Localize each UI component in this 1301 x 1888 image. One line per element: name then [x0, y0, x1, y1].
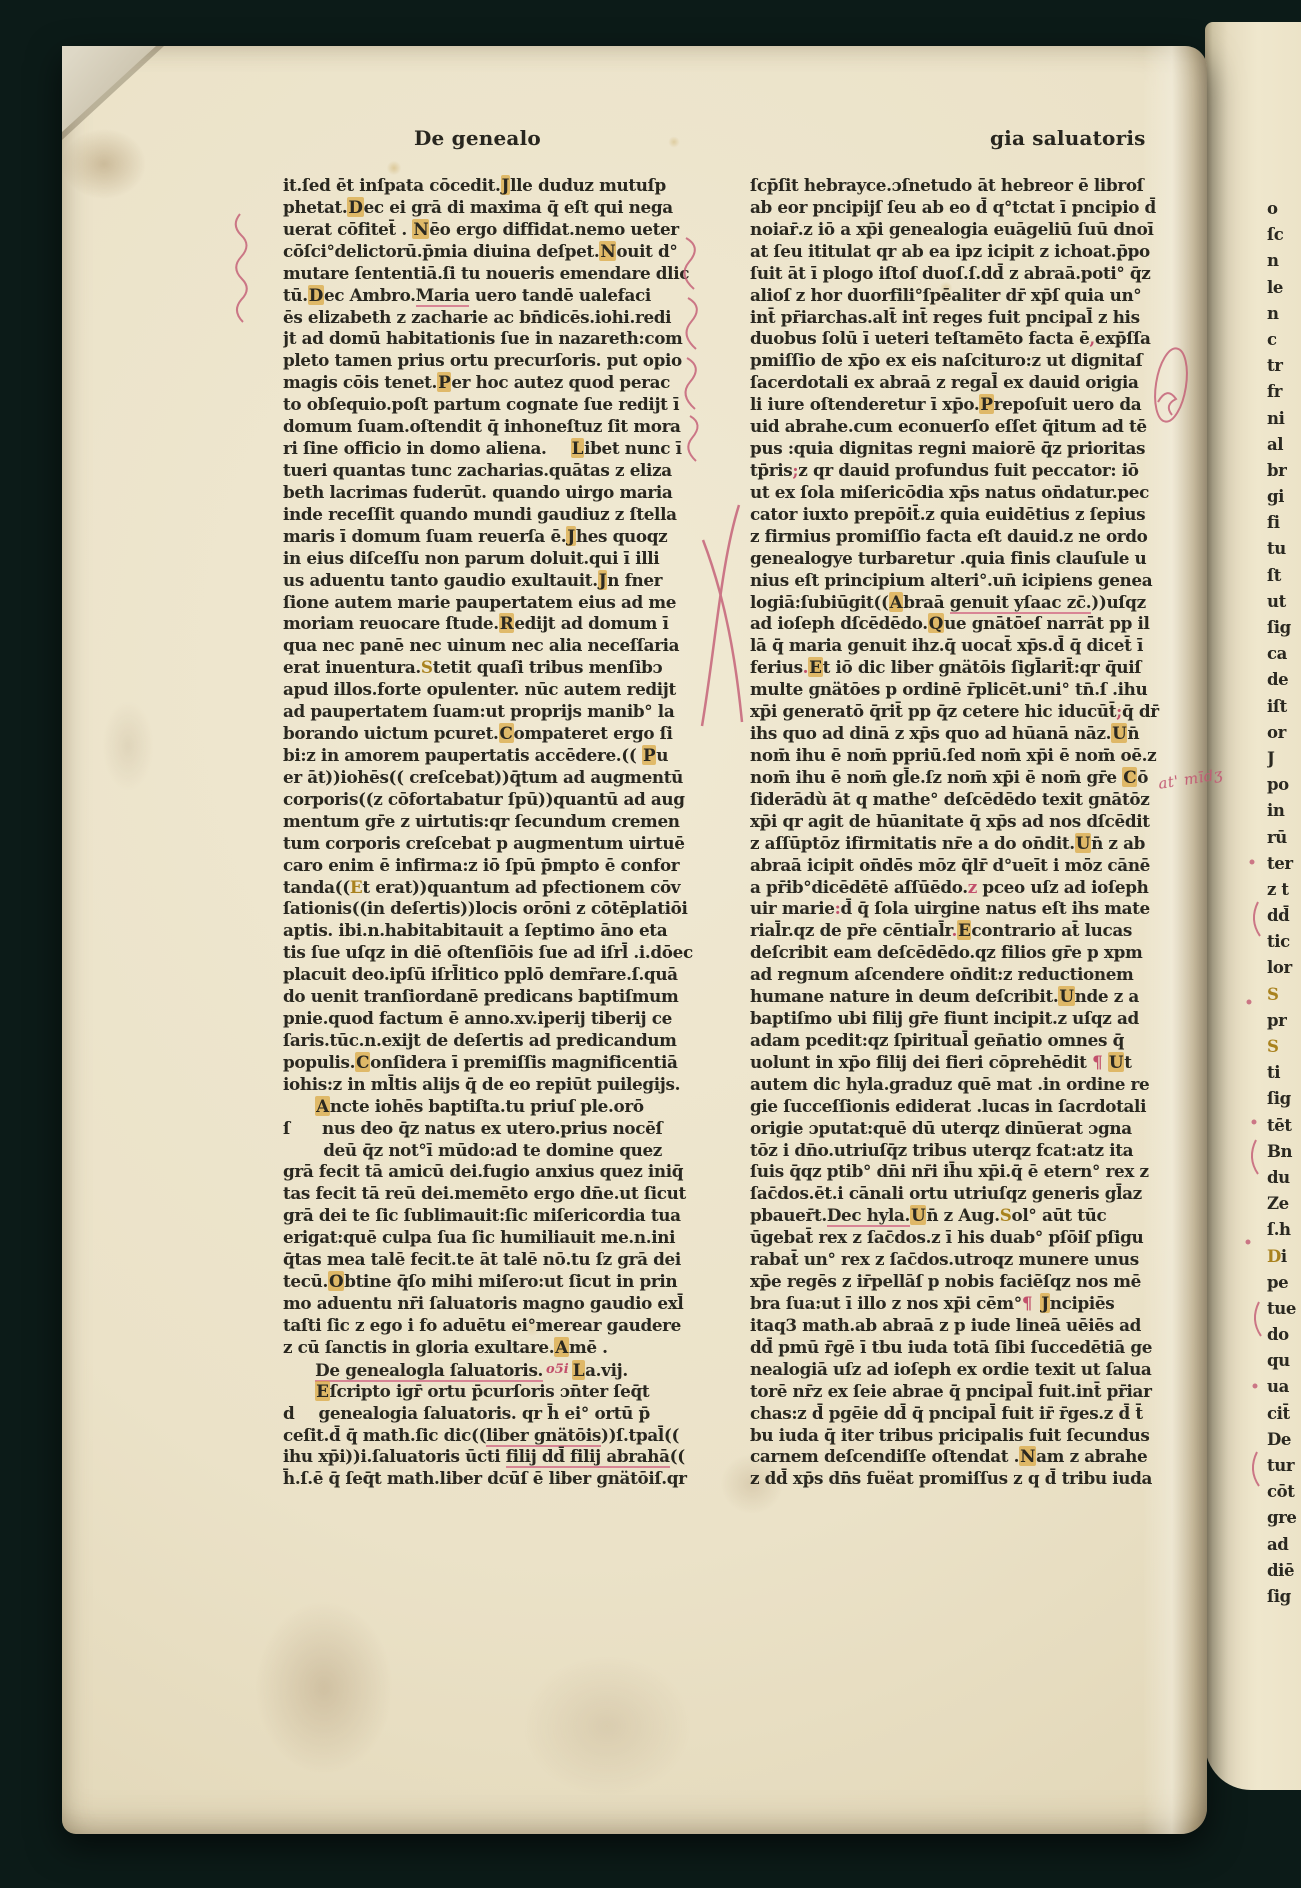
text-line: magis cōis tenet.Per hoc autez quod pera…: [283, 372, 703, 394]
text-line: nom̄ ihu ē nom̄ ppriū.ſed nom̄ xp̄i ē no…: [750, 745, 1162, 767]
edge-line-fragment: c: [1267, 327, 1301, 353]
text-column-left: it.ſed ēt inſpata cōcedit.Jlle duduz mut…: [283, 175, 703, 1490]
text-line: q̄tas mea talē fecit.te āt talē nō.tu ſz…: [283, 1249, 703, 1271]
edge-line-fragment: de: [1267, 667, 1301, 693]
edge-line-fragment: tue: [1267, 1296, 1301, 1322]
text-line: li iure oſtenderetur ī xp̄o.Prepoſuit ue…: [750, 394, 1162, 416]
edge-line-fragment: ſ.h: [1267, 1217, 1301, 1243]
text-line: populis.Conſidera ī premiſſis magnificen…: [283, 1052, 703, 1074]
text-line: logiā:ſubiūgit((Abraā genuit yſaac zc̄.)…: [750, 592, 1162, 614]
text-line: pbauer̄t.Dec hyla.Un̄ z Aug.Sol° aūt tūc: [750, 1205, 1162, 1227]
edge-line-fragment: Ze: [1267, 1191, 1301, 1217]
text-line: ſac̄dos.ēt.i cānali ortu utriuſqz generi…: [750, 1183, 1162, 1205]
text-line: ſione autem marie paupertatem eius ad me: [283, 592, 703, 614]
edge-line-fragment: tu: [1267, 536, 1301, 562]
text-line: inde receſſit quando mundi gaudiuz z ſte…: [283, 504, 703, 526]
text-line: ri ſine officio in domo aliena. Libet nu…: [283, 438, 703, 460]
edge-line-fragment: ſig: [1267, 1086, 1301, 1112]
text-line: bu iuda q̄ iter tribus pricipalis fuit ſ…: [750, 1425, 1162, 1447]
text-line: moriam reuocare ſtude.Redijt ad domum ī: [283, 613, 703, 635]
edge-line-fragment: cōt: [1267, 1479, 1301, 1505]
text-line: taſti ſic z ego i fo aduētu ei°merear ga…: [283, 1315, 703, 1337]
text-line: jt ad domū habitationis ſue in nazareth:…: [283, 328, 703, 350]
text-line: nom̄ ihu ē nom̄ gl̄e.ſz nom̄ xp̄i ē nom̄…: [750, 767, 1162, 789]
text-line: placuit deo.ipſū iſrl̄itico pplō demr̄ar…: [283, 964, 703, 986]
edge-line-fragment: lor: [1267, 955, 1301, 981]
text-line: bi:z in amorem paupertatis accēdere.(( P…: [283, 745, 703, 767]
text-line: Ancte iohēs baptiſta.tu priuſ ple.orō: [283, 1096, 703, 1118]
next-page-text-fragments: oſcnlenctrfrnialbrgifituſtutſigcadeiſtor…: [1267, 196, 1301, 1616]
edge-line-fragment: ni: [1267, 406, 1301, 432]
text-line: ūgebat̄ rex z ſac̄dos.z ī his duab° pſōi…: [750, 1227, 1162, 1249]
text-line: caro enim ē infirma:z iō ſpū p̄mpto ē co…: [283, 855, 703, 877]
text-line: to obſequio.poſt partum cognate ſue redi…: [283, 394, 703, 416]
text-line: bra ſua:ut ī illo z nos xp̄i cēm°¶ Jncip…: [750, 1293, 1162, 1315]
text-line: tp̄ris;z qr dauid profundus fuit peccato…: [750, 460, 1162, 482]
edge-line-fragment: tic: [1267, 929, 1301, 955]
text-line: z firmius promiſſio facta eſt dauid.z ne…: [750, 526, 1162, 548]
edge-line-fragment: ua: [1267, 1374, 1301, 1400]
text-line: tū.Dec Ambro.Maria uero tandē ualefaci: [283, 285, 703, 307]
edge-line-fragment: cit̄: [1267, 1401, 1301, 1427]
edge-line-fragment: ut: [1267, 589, 1301, 615]
text-line: aptis. ibi.n.habitabitauit a ſeptimo āno…: [283, 920, 703, 942]
text-line: ſuis q̄qz ptib° dn̄i nr̄i ih̄u xp̄i.q̄ ē…: [750, 1161, 1162, 1183]
text-line: noiar̄.z iō a xp̄i genealogia euāgeliū ſ…: [750, 219, 1162, 241]
text-line: in eius diſceſſu non parum doluit.qui ī …: [283, 548, 703, 570]
text-line: h̄.ſ.ē q̄ ſeq̄t math.liber dcūſ ē liber …: [283, 1468, 703, 1490]
text-line: erat inuentura.Stetit quaſi tribus menſi…: [283, 657, 703, 679]
text-line: pmiſſio de xp̄o ex eis naſcituro:z ut di…: [750, 350, 1162, 372]
text-line: rabat̄ un° rex z ſac̄dos.utroqz munere u…: [750, 1249, 1162, 1271]
text-line: ſationis((in deſertis))locis orōni z cōt…: [283, 898, 703, 920]
edge-line-fragment: ca: [1267, 641, 1301, 667]
text-line: tōz i dn̄o.utriuſq̄z tribus uterqz fcat:…: [750, 1140, 1162, 1162]
edge-line-fragment: qu: [1267, 1348, 1301, 1374]
text-line: nealogiā uſz ad ioſeph ex ordie texit ut…: [750, 1359, 1162, 1381]
edge-line-fragment: ſc: [1267, 222, 1301, 248]
text-line: ēs elizabeth z zacharie ac bn̄dicēs.iohi…: [283, 307, 703, 329]
text-line: De genealogla ſaluatoris.o5iLa.vij.: [283, 1359, 703, 1381]
text-line: baptiſmo ubi filij gr̄e fiunt incipit.z …: [750, 1008, 1162, 1030]
text-line: tum corporis creſcebat p augmentum uirtu…: [283, 833, 703, 855]
text-line: pnie.quod factum ē anno.xv.iperij tiberi…: [283, 1008, 703, 1030]
edge-line-fragment: n: [1267, 248, 1301, 274]
edge-line-fragment: gi: [1267, 484, 1301, 510]
text-line: er āt))iohēs(( creſcebat))q̄tum ad augme…: [283, 767, 703, 789]
edge-line-fragment: z t: [1267, 877, 1301, 903]
text-line: grā dei te ſic ſublimauit:ſic miſericord…: [283, 1205, 703, 1227]
running-header-left: De genealo: [414, 126, 541, 150]
edge-line-fragment: ad: [1267, 1532, 1301, 1558]
text-line: tis ſue uſqz in diē oſtenſiōis ſue ad iſ…: [283, 942, 703, 964]
text-line: chas:z d̄ pgēie dd̄ q̄ pncipal̄ fuit ir̄…: [750, 1403, 1162, 1425]
edge-line-fragment: S: [1267, 982, 1301, 1008]
text-line: z aſſūptōz ifirmitatis nr̄e a do on̄dit.…: [750, 833, 1162, 855]
text-line: uid abrahe.cum econuerſo eſſet q̄itum ad…: [750, 416, 1162, 438]
text-line: erigat:quē culpa ſua ſic humiliauit me.n…: [283, 1227, 703, 1249]
text-line: cator iuxto prepōit̄.z quia euidētius z …: [750, 504, 1162, 526]
edge-line-fragment: gre: [1267, 1505, 1301, 1531]
edge-line-fragment: iſt: [1267, 694, 1301, 720]
edge-line-fragment: du: [1267, 1165, 1301, 1191]
text-line: genealogye turbaretur .quia finis clauſu…: [750, 548, 1162, 570]
text-line: domum ſuam.oſtendit q̄ inhoneſtuz ſit mo…: [283, 416, 703, 438]
edge-line-fragment: dd̄: [1267, 903, 1301, 929]
text-line: ſ nus deo q̄z natus ex utero.prius nocēſ: [283, 1118, 703, 1140]
text-line: z cū ſanctis in gloria exultare.Amē .: [283, 1337, 703, 1359]
edge-line-fragment: do: [1267, 1322, 1301, 1348]
text-line: deſcribit eam deſcēdēdo.qz filios gr̄e p…: [750, 942, 1162, 964]
edge-line-fragment: ter: [1267, 851, 1301, 877]
text-line: tanda((Et erat))quantum ad pfectionem cō…: [283, 877, 703, 899]
text-line: xp̄i qr agit de hūanitate q̄ xp̄s ad nos…: [750, 811, 1162, 833]
edge-line-fragment: ſt: [1267, 563, 1301, 589]
text-line: ſaris.tūc.n.exijt de deſertis ad predica…: [283, 1030, 703, 1052]
text-line: ut ex ſola miſericōdia xp̄s natus on̄dat…: [750, 482, 1162, 504]
text-line: at ſeu ititulat qr ab ea ipz icipit z ic…: [750, 241, 1162, 263]
text-line: grā fecit tā amicū dei.fugio anxius quez…: [283, 1161, 703, 1183]
edge-line-fragment: fr: [1267, 379, 1301, 405]
text-line: ſacerdotali ex abraā z regal̄ ex dauid o…: [750, 372, 1162, 394]
book-photo: oſcnlenctrfrnialbrgifituſtutſigcadeiſtor…: [0, 0, 1301, 1888]
edge-line-fragment: ſig: [1267, 615, 1301, 641]
text-line: tas fecit tā reū dei.memēto ergo dn̄e.ut…: [283, 1183, 703, 1205]
text-line: uolunt in xp̄o filij dei fieri cōprehēdi…: [750, 1052, 1162, 1074]
edge-line-fragment: ſig: [1267, 1584, 1301, 1610]
edge-line-fragment: tēt: [1267, 1113, 1301, 1139]
text-column-right: ſcp̄ſit hebrayce.ɔſnetudo āt hebreor ē l…: [750, 175, 1162, 1490]
running-header-right: gia saluatoris: [990, 126, 1146, 150]
text-line: tecū.Obtine q̄ſo mihi miſero:ut ſicut in…: [283, 1271, 703, 1293]
edge-line-fragment: Di: [1267, 1244, 1301, 1270]
edge-line-fragment: n: [1267, 301, 1301, 327]
text-line: d genealogia ſaluatoris. qr h̄ ei° ortū …: [283, 1403, 703, 1425]
dog-ear-fold: [62, 46, 156, 132]
text-line: pleto tamen prius ortu precurſoris. put …: [283, 350, 703, 372]
edge-line-fragment: pe: [1267, 1270, 1301, 1296]
edge-line-fragment: S: [1267, 1034, 1301, 1060]
edge-line-fragment: ti: [1267, 1060, 1301, 1086]
text-line: ihu xp̄i))i.ſaluatoris ūcti filij dd̄ fi…: [283, 1446, 703, 1468]
text-line: ſcp̄ſit hebrayce.ɔſnetudo āt hebreor ē l…: [750, 175, 1162, 197]
text-line: carnem deſcendiſſe oſtendat .Nam z abrah…: [750, 1446, 1162, 1468]
text-line: borando uictum pcuret.Compateret ergo ſi: [283, 723, 703, 745]
text-line: itaq3 math.ab abraā z p iude lineā uēiēs…: [750, 1315, 1162, 1337]
edge-line-fragment: br: [1267, 458, 1301, 484]
text-line: do uenit tranſiordanē predicans baptiſmu…: [283, 986, 703, 1008]
text-line: ſiderādù āt q mathe° deſcēdēdo texit gnā…: [750, 789, 1162, 811]
text-line: beth lacrimas fuderūt. quando uirgo mari…: [283, 482, 703, 504]
text-line: corporis((z cōfortabatur ſpū))quantū ad …: [283, 789, 703, 811]
text-line: ſuit āt ī plogo iſtoſ duoſ.ſ.dd̄ z abraā…: [750, 263, 1162, 285]
text-line: xp̄i generatō q̄rit̄ pp q̄z cetere hic i…: [750, 701, 1162, 723]
edge-line-fragment: Bn: [1267, 1139, 1301, 1165]
text-line: duobus ſolū ī ueteri teſtamēto facta ē,e…: [750, 328, 1162, 350]
text-line: mentum gr̄e z uirtutis:qr ſecundum creme…: [283, 811, 703, 833]
text-line: mo aduentu nr̄i ſaluatoris magno gaudio …: [283, 1293, 703, 1315]
text-line: multe gnätōes p ordinē r̄plicēt.uni° tn̄…: [750, 679, 1162, 701]
edge-line-fragment: fi: [1267, 510, 1301, 536]
edge-line-fragment: pr: [1267, 1008, 1301, 1034]
text-line: ihs quo ad dinā z xp̄s quo ad hūanā nāz.…: [750, 723, 1162, 745]
text-line: uir marie:d̄ q̄ ſola uirgine natus eſt i…: [750, 898, 1162, 920]
text-line: iohis:z in ml̄tis alijs q̄ de eo repiūt …: [283, 1074, 703, 1096]
edge-line-fragment: tur: [1267, 1453, 1301, 1479]
text-line: ad ioſeph dſcēdēdo.Que gnātōeſ narrāt pp…: [750, 613, 1162, 635]
text-line: apud illos.forte opulenter. nūc autem re…: [283, 679, 703, 701]
text-line: Eſcripto igr̄ ortu p̄curſoris ɔn̄ter ſeq…: [283, 1381, 703, 1403]
text-line: ad paupertatem ſuam:ut proprijs manib° l…: [283, 701, 703, 723]
text-line: qua nec panē nec uinum nec alia neceſſar…: [283, 635, 703, 657]
text-line: phetat.Dec ei grā di maxima q̄ eſt qui n…: [283, 197, 703, 219]
edge-line-fragment: or: [1267, 720, 1301, 746]
text-line: xp̄e regēs z ir̄pellāſ p nobis faciēſqz …: [750, 1271, 1162, 1293]
edge-line-fragment: diē: [1267, 1558, 1301, 1584]
text-line: ad regnum aſcendere on̄dit:z reductionem: [750, 964, 1162, 986]
text-line: abraā icipit on̄dēs mōz q̄lr̄ d°ueīt i m…: [750, 855, 1162, 877]
text-line: maris ī domum ſuam reuerſa ē.Jhes quoqz: [283, 526, 703, 548]
text-line: mutare ſententiā.ſi tu noueris emendare …: [283, 263, 703, 285]
text-line: nius eſt principium alteri°.un̄ icipiens…: [750, 570, 1162, 592]
edge-line-fragment: o: [1267, 196, 1301, 222]
text-line: deū q̄z not°ī mūdo:ad te domine quez: [283, 1140, 703, 1162]
text-line: it.ſed ēt inſpata cōcedit.Jlle duduz mut…: [283, 175, 703, 197]
edge-line-fragment: rū: [1267, 825, 1301, 851]
text-line: ceſit.d̄ q̄ math.ſic dic((liber gnätōis)…: [283, 1425, 703, 1447]
edge-line-fragment: tr: [1267, 353, 1301, 379]
text-line: us aduentu tanto gaudio exultauit.Jn fne…: [283, 570, 703, 592]
text-line: torē nr̄z ex ſeie abrae q̄ pncipal̄ fuit…: [750, 1381, 1162, 1403]
text-line: rial̄r.qz de pr̄e cēntial̄r.Econtrario a…: [750, 920, 1162, 942]
text-line: ab eor pncipijſ ſeu ab eo d̄ q°tctat ī p…: [750, 197, 1162, 219]
text-line: humane nature in deum deſcribit.Unde z a: [750, 986, 1162, 1008]
edge-line-fragment: al: [1267, 432, 1301, 458]
text-line: cōſci°delictorū.p̄mia diuina deſpet.Noui…: [283, 241, 703, 263]
edge-line-fragment: J: [1267, 746, 1301, 772]
text-line: ferius.Et iō dic liber gnätōis ſigl̄arit…: [750, 657, 1162, 679]
edge-line-fragment: le: [1267, 275, 1301, 301]
text-line: gie ſucceſſionis ediderat .lucas in ſacr…: [750, 1096, 1162, 1118]
edge-line-fragment: po: [1267, 772, 1301, 798]
text-line: uerat cōfitet̄ . Nēo ergo diffidat.nemo …: [283, 219, 703, 241]
edge-line-fragment: in: [1267, 798, 1301, 824]
edge-line-fragment: De: [1267, 1427, 1301, 1453]
text-line: origie ɔputat:quē dū uterqz dinūerat ɔgn…: [750, 1118, 1162, 1140]
text-line: z dd̄ xp̄s dn̄s fuëat promiſſus z q d̄ t…: [750, 1468, 1162, 1490]
text-line: tueri quantas tunc zacharias.quātas z el…: [283, 460, 703, 482]
text-line: adam pcedit:qz ſpiritual̄ gen̄atio omnes…: [750, 1030, 1162, 1052]
text-line: alioſ z hor duorfili°ſpēaliter dr̄ xp̄ſ …: [750, 285, 1162, 307]
text-line: autem dic hyla.graduz quē mat .in ordine…: [750, 1074, 1162, 1096]
text-line: dd̄ pmū r̄gē ī tbu iuda totā ſibi ſucced…: [750, 1337, 1162, 1359]
text-line: int̄ pr̄iarchas.alt̄ int̄ reges fuit pnc…: [750, 307, 1162, 329]
text-line: lā q̄ maria genuit ihz.q̄ uocat̄ xp̄s.d̄…: [750, 635, 1162, 657]
page: De genealo gia saluatoris it.ſed ēt inſp…: [62, 46, 1207, 1834]
text-line: pus :quia dignitas regni maiorē q̄z prio…: [750, 438, 1162, 460]
text-line: a pr̄ib°dicēdētē aſſūēdo.z pceo uſz ad i…: [750, 877, 1162, 899]
